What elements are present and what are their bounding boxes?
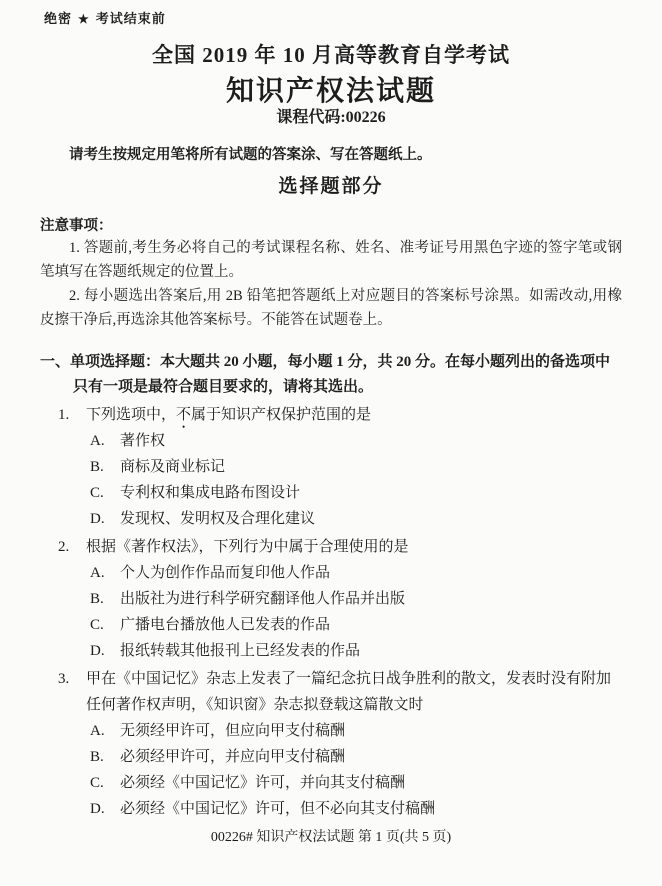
option-text: 必须经《中国记忆》许可，并向其支付稿酬 [120, 770, 622, 796]
classification-label: 绝密 [44, 11, 72, 26]
option-text: 个人为创作作品而复印他人作品 [120, 560, 622, 586]
answer-sheet-instruction: 请考生按规定用笔将所有试题的答案涂、写在答题纸上。 [40, 144, 622, 166]
course-code: 课程代码:00226 [40, 108, 622, 128]
option-row-a: A. 无须经甲许可，但应向甲支付稿酬 [90, 718, 622, 744]
option-text: 发现权、发明权及合理化建议 [120, 506, 622, 532]
question-3: 3. 甲在《中国记忆》杂志上发表了一篇纪念抗日战争胜利的散文，发表时没有附加任何… [58, 666, 622, 822]
option-label: C. [90, 480, 120, 506]
option-row-b: B. 商标及商业标记 [90, 454, 622, 480]
option-label: C. [90, 612, 120, 638]
option-label: D. [90, 638, 120, 664]
option-row-a: A. 著作权 [90, 428, 622, 454]
question-2: 2. 根据《著作权法》，下列行为中属于合理使用的是 A. 个人为创作作品而复印他… [58, 534, 622, 664]
option-row-c: C. 必须经《中国记忆》许可，并向其支付稿酬 [90, 770, 622, 796]
option-label: C. [90, 770, 120, 796]
question-number: 2. [58, 534, 86, 560]
question-stem: 3. 甲在《中国记忆》杂志上发表了一篇纪念抗日战争胜利的散文，发表时没有附加任何… [58, 666, 622, 718]
question-stem-text: 甲在《中国记忆》杂志上发表了一篇纪念抗日战争胜利的散文，发表时没有附加任何著作权… [86, 666, 622, 718]
option-label: D. [90, 796, 120, 822]
option-label: A. [90, 428, 120, 454]
option-label: B. [90, 454, 120, 480]
header-note: 考试结束前 [96, 11, 166, 26]
section-title: 选择题部分 [40, 174, 622, 200]
option-text: 专利权和集成电路布图设计 [120, 480, 622, 506]
option-row-b: B. 必须经甲许可，并应向甲支付稿酬 [90, 744, 622, 770]
page-footer: 00226# 知识产权法试题 第 1 页(共 5 页) [40, 828, 622, 848]
stem-emphasized-char: 不 [176, 407, 191, 423]
option-text: 出版社为进行科学研究翻译他人作品并出版 [120, 586, 622, 612]
option-row-c: C. 专利权和集成电路布图设计 [90, 480, 622, 506]
option-text: 必须经《中国记忆》许可，但不必向其支付稿酬 [120, 796, 622, 822]
option-text: 报纸转载其他报刊上已经发表的作品 [120, 638, 622, 664]
exam-session-title: 全国 2019 年 10 月高等教育自学考试 [40, 42, 622, 68]
option-label: B. [90, 744, 120, 770]
question-stem-text: 根据《著作权法》，下列行为中属于合理使用的是 [86, 534, 622, 560]
note-item-1: 1. 答题前,考生务必将自己的考试课程名称、姓名、准考证号用黑色字迹的签字笔或钢… [40, 236, 622, 284]
option-label: A. [90, 560, 120, 586]
question-stem: 1. 下列选项中，不属于知识产权保护范围的是 [58, 402, 622, 428]
star-icon: ★ [72, 12, 96, 26]
option-row-a: A. 个人为创作作品而复印他人作品 [90, 560, 622, 586]
option-text: 无须经甲许可，但应向甲支付稿酬 [120, 718, 622, 744]
stem-text: 下列选项中， [86, 407, 176, 423]
question-stem: 2. 根据《著作权法》，下列行为中属于合理使用的是 [58, 534, 622, 560]
option-row-d: D. 必须经《中国记忆》许可，但不必向其支付稿酬 [90, 796, 622, 822]
note-item-2: 2. 每小题选出答案后,用 2B 铅笔把答题纸上对应题目的答案标号涂黑。如需改动… [40, 284, 622, 332]
part-number: 一、 [40, 354, 70, 370]
option-row-d: D. 报纸转载其他报刊上已经发表的作品 [90, 638, 622, 664]
option-label: A. [90, 718, 120, 744]
question-stem-text: 下列选项中，不属于知识产权保护范围的是 [86, 402, 622, 428]
option-label: D. [90, 506, 120, 532]
option-row-c: C. 广播电台播放他人已发表的作品 [90, 612, 622, 638]
option-label: B. [90, 586, 120, 612]
classification-banner: 绝密★考试结束前 [40, 10, 622, 28]
paper-title: 知识产权法试题 [40, 74, 622, 108]
question-number: 3. [58, 666, 86, 718]
stem-text: 属于知识产权保护范围的是 [191, 407, 371, 423]
option-row-d: D. 发现权、发明权及合理化建议 [90, 506, 622, 532]
option-text: 著作权 [120, 428, 622, 454]
question-1: 1. 下列选项中，不属于知识产权保护范围的是 A. 著作权 B. 商标及商业标记… [58, 402, 622, 532]
option-text: 广播电台播放他人已发表的作品 [120, 612, 622, 638]
part-one-heading: 一、单项选择题：本大题共 20 小题，每小题 1 分，共 20 分。在每小题列出… [40, 350, 622, 400]
question-number: 1. [58, 402, 86, 428]
option-text: 商标及商业标记 [120, 454, 622, 480]
option-text: 必须经甲许可，并应向甲支付稿酬 [120, 744, 622, 770]
option-row-b: B. 出版社为进行科学研究翻译他人作品并出版 [90, 586, 622, 612]
exam-paper-page: 绝密★考试结束前 全国 2019 年 10 月高等教育自学考试 知识产权法试题 … [0, 0, 662, 886]
part-heading-text: 单项选择题：本大题共 20 小题，每小题 1 分，共 20 分。在每小题列出的备… [70, 354, 610, 395]
notes-heading: 注意事项： [40, 216, 622, 236]
